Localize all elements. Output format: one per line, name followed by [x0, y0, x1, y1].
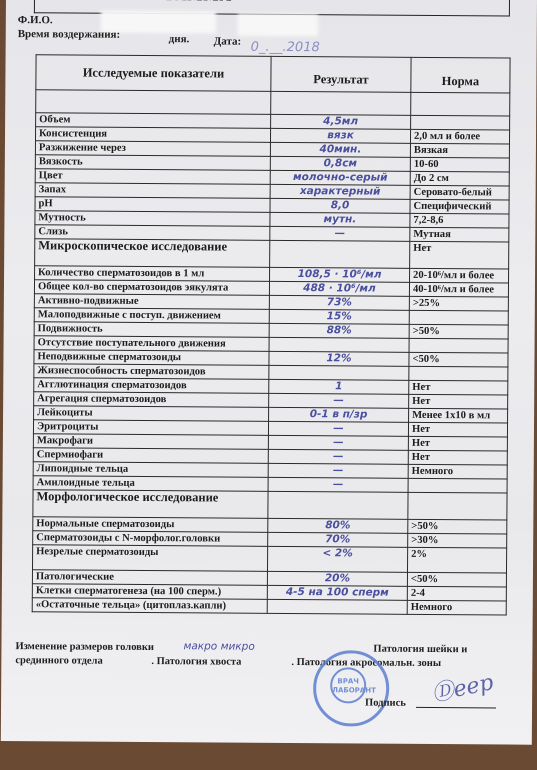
norm-cell: 2-4 [407, 586, 506, 601]
norm-cell: Менее 1x10 в мл [409, 408, 508, 423]
parameter-cell: Патологические [32, 570, 267, 586]
head-size-label: Изменение размеров головки [15, 641, 154, 653]
result-value: 70% [325, 533, 350, 545]
parameter-cell: Подвижность [34, 322, 269, 338]
blank-cell [411, 92, 510, 116]
norm-cell: Нет [408, 450, 507, 465]
parameter-cell: Вязкость [35, 155, 270, 171]
parameter-cell: Макрофаги [33, 434, 268, 450]
abstinence-label: Время воздержания: [18, 28, 121, 41]
neck-label: Патология шейки и [373, 644, 467, 656]
parameter-cell: Незрелые сперматозоиды [32, 545, 267, 572]
section-header-row: Морфологическое исследование [33, 490, 507, 520]
parameter-cell: Разжижение через [35, 141, 270, 157]
result-cell: характерный [270, 184, 410, 199]
result-cell: — [268, 477, 408, 492]
result-cell: вязк [270, 128, 410, 143]
norm-cell: Серовато-белый [410, 185, 509, 200]
section-title: Морфологическое исследование [33, 490, 268, 519]
result-cell: 80% [268, 518, 408, 533]
norm-cell [411, 115, 510, 130]
parameter-cell: Отсутствие поступательного движения [34, 336, 269, 352]
result-cell: 4,5мл [271, 114, 411, 129]
norm-cell: 7,2-8,6 [410, 213, 509, 228]
result-value: мутн. [324, 213, 357, 225]
result-value: 488 · 10⁶/мл [303, 282, 376, 295]
result-value: — [333, 394, 344, 406]
result-value: 12% [326, 352, 351, 364]
results-table: Исследуемые показатели Результат Норма О… [32, 54, 511, 615]
norm-cell: <50% [407, 572, 506, 587]
result-cell: мутн. [270, 212, 410, 227]
result-cell: — [268, 421, 408, 436]
norm-cell: 2% [407, 547, 506, 573]
result-value: вязк [327, 129, 354, 141]
result-cell: 0-1 в п/зр [269, 407, 409, 422]
head-size-value: макро микро [183, 640, 254, 652]
parameter-cell: Нормальные сперматозоиды [33, 517, 268, 533]
result-value: молочно-серый [293, 171, 388, 184]
result-cell: 20% [267, 571, 407, 586]
norm-cell: Немного [408, 464, 507, 479]
norm-cell: 2,0 мл и более [410, 129, 509, 144]
norm-cell: Нет [409, 380, 508, 395]
norm-cell: >25% [409, 296, 508, 311]
parameter-cell: Лейкоциты [34, 406, 269, 422]
result-value: 40мин. [319, 143, 361, 155]
blank-cell [36, 90, 271, 115]
result-value: — [333, 450, 344, 462]
section-norm [408, 492, 507, 520]
date-label: Дата: [214, 35, 242, 47]
document-title: ГРАММА [155, 0, 232, 6]
result-cell: 73% [269, 295, 409, 310]
result-cell [269, 365, 409, 380]
norm-cell: >30% [408, 533, 507, 548]
header-result: Результат [271, 56, 411, 92]
result-cell: < 2% [267, 546, 407, 572]
parameter-cell: Количество сперматозоидов в 1 мл [35, 266, 270, 282]
parameter-cell: «Остаточные тельца» (цитоплаз.капли) [32, 598, 267, 614]
norm-cell [409, 338, 508, 353]
result-cell: 88% [269, 323, 409, 338]
midpiece-label: срединного отдела [15, 655, 102, 667]
section-norm: Нет [410, 241, 509, 269]
norm-cell: Нет [408, 422, 507, 437]
result-value: < 2% [322, 547, 352, 559]
result-value: 73% [327, 296, 352, 308]
norm-cell: Мутная [410, 227, 509, 242]
norm-cell: 40-10⁶/мл и более [409, 282, 508, 297]
header-parameter: Исследуемые показатели [36, 55, 271, 92]
result-cell: — [268, 435, 408, 450]
signature-label: Подпись [365, 698, 406, 709]
parameter-cell: Клетки сперматогенеза (на 100 сперм.) [32, 584, 267, 600]
result-cell: 0,8см [270, 156, 410, 171]
redacted-field [238, 14, 318, 37]
result-value: 108,5 · 10⁶/мл [298, 268, 382, 281]
result-value: характерный [300, 185, 381, 198]
result-value: 1 [335, 380, 342, 392]
parameter-cell: Агрегация сперматозоидов [34, 392, 269, 408]
result-cell: 4-5 на 100 сперм [267, 585, 407, 600]
section-title: Микроскопическое исследование [35, 239, 270, 268]
result-cell [267, 599, 407, 614]
norm-cell: Нет [409, 394, 508, 409]
stamp-text: ВРАЧ ЛАБОРАНТ [330, 667, 366, 703]
parameter-cell: Амилоидные тельца [33, 476, 268, 492]
tail-label: . Патология хвоста [151, 656, 241, 668]
section-header-row: Микроскопическое исследованиеНет [35, 239, 509, 269]
result-cell: 488 · 10⁶/мл [269, 281, 409, 296]
norm-cell: <50% [409, 352, 508, 367]
doctor-stamp: ВРАЧ ЛАБОРАНТ [313, 650, 390, 727]
parameter-cell: Общее кол-во сперматозоидов эякулята [34, 280, 269, 296]
result-cell: — [270, 226, 410, 241]
norm-cell: 20-10⁶/мл и более [410, 268, 509, 283]
days-label: дня. [169, 33, 190, 45]
parameter-cell: Липоидные тельца [33, 462, 268, 478]
result-cell: — [268, 449, 408, 464]
result-cell: 70% [268, 532, 408, 547]
result-value: 4-5 на 100 сперм [286, 586, 389, 599]
parameter-cell: Консистенция [35, 127, 270, 143]
norm-cell: Специфический [410, 199, 509, 214]
result-value: 88% [327, 324, 352, 336]
section-result [268, 491, 408, 519]
norm-cell: До 2 см [410, 171, 509, 186]
parameter-cell: Жизнеспособность сперматозоидов [34, 364, 269, 380]
parameter-cell: Активно-подвижные [34, 294, 269, 310]
result-cell: 15% [269, 309, 409, 324]
parameter-cell: Спермиофаги [33, 448, 268, 464]
norm-cell [409, 310, 508, 325]
signature-line [416, 707, 496, 709]
result-cell: 108,5 · 10⁶/мл [270, 267, 410, 282]
norm-cell: Вязкая [410, 143, 509, 158]
norm-cell: >50% [408, 519, 507, 534]
table-row: «Остаточные тельца» (цитоплаз.капли)Немн… [32, 598, 506, 615]
parameter-cell: Малоподвижные с поступ. движением [34, 308, 269, 324]
section-result [270, 240, 410, 268]
result-cell: 40мин. [270, 142, 410, 157]
parameter-cell: Эритроциты [33, 420, 268, 436]
norm-cell: >50% [409, 324, 508, 339]
result-cell: 8,0 [270, 198, 410, 213]
result-value: — [335, 227, 346, 239]
result-cell: 1 [269, 379, 409, 394]
result-cell [269, 337, 409, 352]
norm-cell: 10-60 [410, 157, 509, 172]
result-value: 15% [327, 310, 352, 322]
norm-cell: Немного [407, 600, 506, 615]
result-value: 80% [325, 519, 350, 531]
result-cell: 12% [269, 351, 409, 366]
parameter-cell: Неподвижные сперматозоиды [34, 350, 269, 366]
table-row: Незрелые сперматозоиды< 2%2% [32, 545, 506, 573]
result-value: 20% [325, 572, 350, 584]
result-value: — [333, 436, 344, 448]
header-norm: Норма [411, 57, 510, 93]
result-value: — [333, 464, 344, 476]
result-value: 4,5мл [323, 115, 358, 127]
norm-cell: Нет [408, 436, 507, 451]
result-cell: — [269, 393, 409, 408]
result-value: 8,0 [331, 199, 350, 211]
blank-cell [271, 91, 411, 115]
parameter-cell: Агглютинация сперматозоидов [34, 378, 269, 394]
parameter-cell: Сперматозоиды с N-морфолог.головки [33, 531, 268, 547]
result-value: — [333, 478, 344, 490]
result-value: 0,8см [324, 157, 358, 169]
result-value: — [333, 422, 344, 434]
result-cell: молочно-серый [270, 170, 410, 185]
date-value: 0_.__.2018 [251, 40, 320, 55]
norm-cell [409, 366, 508, 381]
signature-icon: Ⓓeep [429, 665, 496, 708]
result-cell: — [268, 463, 408, 478]
result-value: 0-1 в п/зр [310, 408, 368, 420]
name-label: Ф.И.О. [18, 14, 53, 26]
norm-cell [408, 478, 507, 493]
parameter-cell: Мутность [35, 211, 270, 227]
document-paper: ГРАММА Ф.И.О. Время воздержания: дня. Да… [1, 0, 537, 745]
